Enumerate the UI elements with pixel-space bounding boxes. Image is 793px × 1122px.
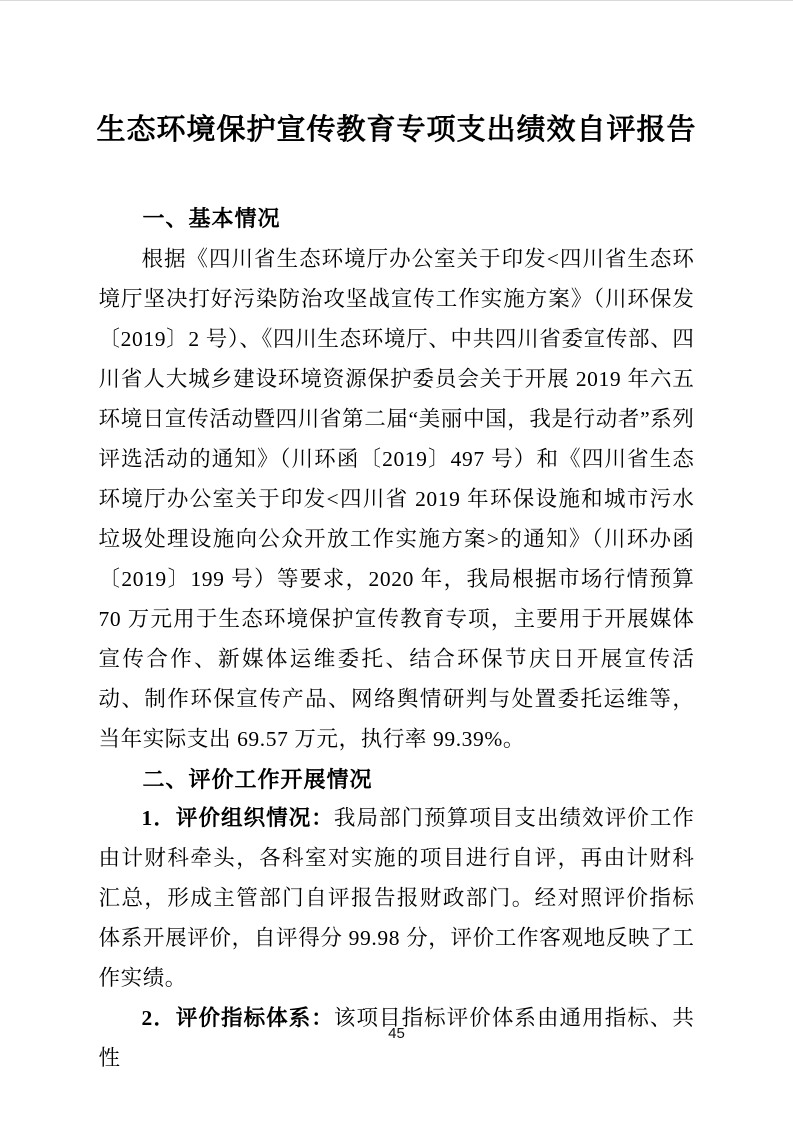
- page-title: 生态环境保护宣传教育专项支出绩效自评报告: [0, 1, 793, 159]
- document-body: 一、基本情况 根据《四川省生态环境厅办公室关于印发<四川省生态环境厅坚决打好污染…: [99, 204, 695, 1078]
- section-2-heading: 二、评价工作开展情况: [99, 765, 695, 795]
- section-2-item-1-text: 我局部门预算项目支出绩效评价工作由计财科牵头，各科室对实施的项目进行自评，再由计…: [99, 806, 695, 990]
- document-page: 生态环境保护宣传教育专项支出绩效自评报告 一、基本情况 根据《四川省生态环境厅办…: [0, 0, 793, 1122]
- section-1-paragraph: 根据《四川省生态环境厅办公室关于印发<四川省生态环境厅坚决打好污染防治攻坚战宣传…: [99, 239, 695, 759]
- section-1-heading: 一、基本情况: [99, 204, 695, 234]
- section-2-item-1-lead: 1．评价组织情况：: [142, 806, 334, 830]
- section-2-item-1: 1．评价组织情况：我局部门预算项目支出绩效评价工作由计财科牵头，各科室对实施的项…: [99, 798, 695, 998]
- page-number: 45: [0, 1025, 793, 1042]
